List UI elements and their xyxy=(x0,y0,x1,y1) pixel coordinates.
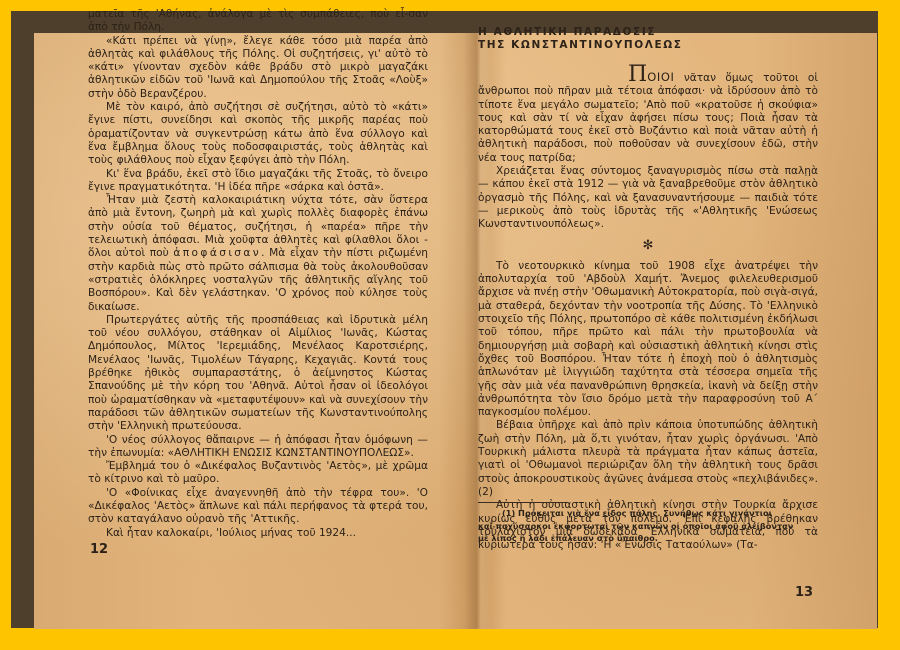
paragraph: Μὲ τὸν καιρό, ἀπὸ συζήτησι σὲ συζήτησι, … xyxy=(88,101,428,167)
paragraph: Κι' ἕνα βράδυ, ἐκεῖ στὸ ἴδιο μαγαζάκι τῆ… xyxy=(88,168,428,195)
paragraph: ματεῖα τῆς 'Αθήνας, ἀνάλογα μὲ τὶς συμπά… xyxy=(88,8,428,35)
right-page: Η ΑΘΛΗΤΙΚΗ ΠΑΡΑΔΟΣΙΣ ΤΗΣ ΚΩΝΣΤΑΝΤΙΝΟΥΠΟΛ… xyxy=(478,8,818,552)
paragraph: 'Ο νέος σύλλογος θἄπαιρνε — ἡ ἀπόφασι ἦτ… xyxy=(88,434,428,461)
paragraph: Βέβαια ὑπῆρχε καὶ ἀπὸ πρὶν κάποια ὑποτυπ… xyxy=(478,419,818,499)
chapter-title-line-2: ΤΗΣ ΚΩΝΣΤΑΝΤΙΝΟΥΠΟΛΕΩΣ xyxy=(478,39,818,52)
footnote-line: (1) Πρόκειται γιὰ ἕνα εἶδος πάλης. Συνήθ… xyxy=(478,507,818,520)
footnote-divider xyxy=(478,502,568,503)
left-page: ματεῖα τῆς 'Αθήνας, ἀνάλογα μὲ τὶς συμπά… xyxy=(88,8,428,540)
opening-paragraph: ΠΟΙΟΙ νᾶταν ὅμως τοῦτοι οἱ ἄνθρωποι ποὺ … xyxy=(478,68,818,165)
paragraph: Πρωτεργάτες αὐτῆς τῆς προσπάθειας καὶ ἱδ… xyxy=(88,314,428,434)
paragraph: Τὸ νεοτουρκικὸ κίνημα τοῦ 1908 εἶχε ἀνατ… xyxy=(478,260,818,420)
paragraph: 'Ο «Φοίνικας εἶχε ἀναγεννηθῆ ἀπὸ τὴν τέφ… xyxy=(88,487,428,527)
drop-cap-rest: ΟΙΟΙ xyxy=(647,70,674,84)
paragraph: Χρειάζεται ἕνας σύντομος ξαναγυρισμὸς πί… xyxy=(478,165,818,231)
emphasized-word: ἀποφάσισαν xyxy=(173,247,261,259)
paragraph: «Κάτι πρέπει νὰ γίνῃ», ἔλεγε κάθε τόσο μ… xyxy=(88,35,428,101)
paragraph: Ἦταν μιὰ ζεστὴ καλοκαιριάτικη νύχτα τότε… xyxy=(88,194,428,314)
footnote: (1) Πρόκειται γιὰ ἕνα εἶδος πάλης. Συνήθ… xyxy=(478,507,818,545)
chapter-title-line-1: Η ΑΘΛΗΤΙΚΗ ΠΑΡΑΔΟΣΙΣ xyxy=(478,26,818,39)
paragraph-text: νᾶταν ὅμως τοῦτοι οἱ ἄνθρωποι ποὺ πῆραν … xyxy=(478,72,818,164)
page-number-left: 12 xyxy=(90,542,108,557)
footnote-line: μὲ λίπος ἢ λάδι ἐπάλευαν στὸ ὕπαιθρο. xyxy=(478,532,818,545)
page-number-right: 13 xyxy=(795,585,813,600)
asterisk-ornament-icon: ✻ xyxy=(478,239,818,252)
chapter-title: Η ΑΘΛΗΤΙΚΗ ΠΑΡΑΔΟΣΙΣ ΤΗΣ ΚΩΝΣΤΑΝΤΙΝΟΥΠΟΛ… xyxy=(478,26,818,52)
paragraph: Καὶ ἦταν καλοκαίρι, 'Ιούλιος μήνας τοῦ 1… xyxy=(88,527,428,540)
drop-cap: Π xyxy=(628,62,647,87)
footnote-line: καὶ παχύσαρκοι ἐκφορτωταὶ τῶν καπνῶν οἱ … xyxy=(478,520,818,533)
paragraph: Ἔμβλημά του ὁ «Δικέφαλος Βυζαντινὸς 'Αετ… xyxy=(88,460,428,487)
